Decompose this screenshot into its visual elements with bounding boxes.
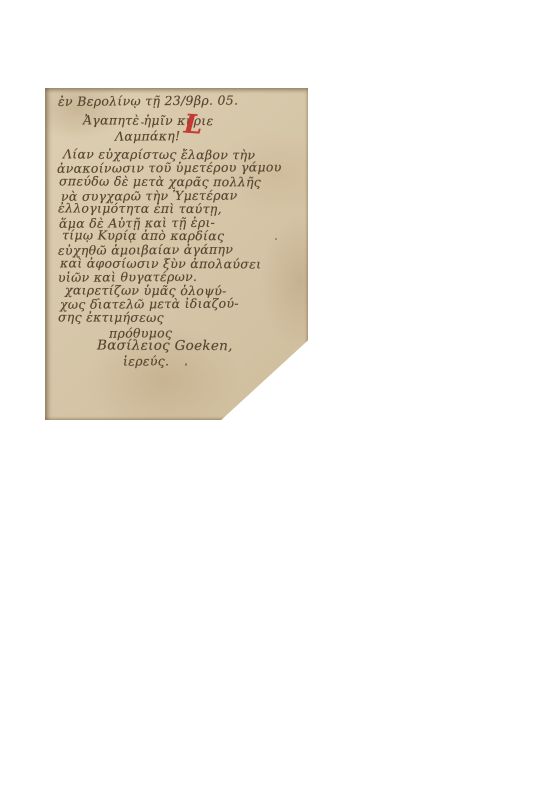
letter-line-signature: Βασίλειος Goeken, xyxy=(97,340,302,355)
letter-line: σης ἐκτιμήσεως xyxy=(58,310,302,325)
letter-scan: ἐν Βερολίνῳ τῇ 23/9βρ. 05. Ἀγαπητὲ ἡμῖν … xyxy=(45,88,308,420)
paper-speck xyxy=(97,298,100,300)
paper-speck xyxy=(275,238,277,240)
letter-line: σπεύδω δὲ μετὰ χαρᾶς πολλῆς xyxy=(59,174,302,189)
letter-body: ἐν Βερολίνῳ τῇ 23/9βρ. 05. Ἀγαπητὲ ἡμῖν … xyxy=(57,94,302,367)
letter-line-addressee: Λαμπάκη! xyxy=(115,129,302,144)
paper-speck xyxy=(185,363,187,366)
page-background: ἐν Βερολίνῳ τῇ 23/9βρ. 05. Ἀγαπητὲ ἡμῖν … xyxy=(0,0,549,800)
red-archive-mark: L xyxy=(183,111,203,138)
letter-line-date: ἐν Βερολίνῳ τῇ 23/9βρ. 05. xyxy=(58,93,302,108)
paper-speck xyxy=(141,122,144,124)
paper-speck xyxy=(242,184,244,186)
letter-line-signer-title: ἱερεύς. xyxy=(123,353,302,368)
